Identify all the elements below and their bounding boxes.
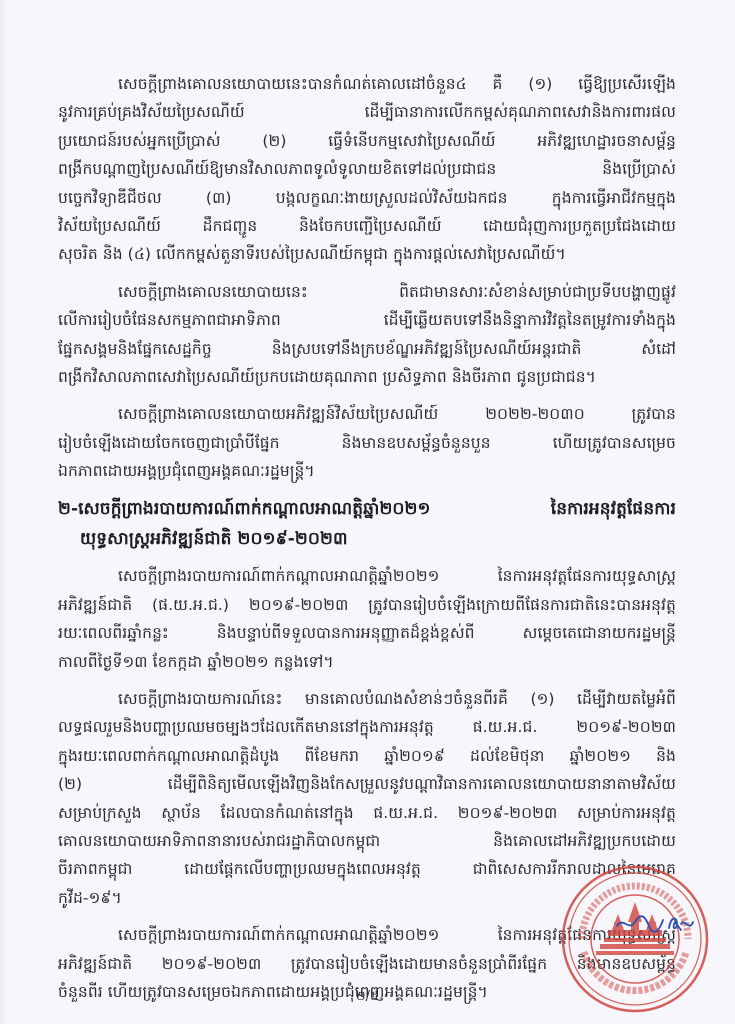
text-line: លទ្ធផលរួមនិងបញ្ហាប្រឈមចម្បងៗដែលកើតមាននៅក… bbox=[58, 713, 676, 741]
text-line: នូវការគ្រប់គ្រងវិស័យប្រៃសណីយ៍ ដើម្បីធានា… bbox=[58, 98, 676, 126]
text-line: ក្នុងរយៈពេលពាក់កណ្តាលអាណត្តិដំបូង ពីខែមក… bbox=[58, 742, 676, 770]
text-line: ឯកភាពដោយអង្គប្រជុំពេញអង្គគណៈរដ្ឋមន្ត្រី។ bbox=[58, 457, 676, 485]
text-line: ប្រយោជន៍របស់អ្នកប្រើប្រាស់ (២) ធ្វើទំនើប… bbox=[58, 127, 676, 155]
text-line: (២) ដើម្បីពិនិត្យមើលឡើងវិញនិងកែសម្រួលនូវ… bbox=[58, 770, 676, 798]
text-line: ពង្រីកវិសាលភាពសេវាប្រៃសណីយ៍ប្រកបដោយគុណភា… bbox=[58, 363, 676, 391]
heading-line: ២-សេចក្តីព្រាងរបាយការណ៍ពាក់កណ្តាលអាណត្តិ… bbox=[58, 494, 676, 524]
paragraph-policy-goals: សេចក្តីព្រាងគោលនយោបាយនេះបានកំណត់គោលដៅចំន… bbox=[58, 70, 676, 269]
page-number: ២/៥ bbox=[0, 988, 735, 1007]
text-line: រយៈពេលពីរឆ្នាំកន្លះ និងបន្ទាប់ពីទទួលបានក… bbox=[58, 619, 676, 647]
text-line: សេចក្តីព្រាងគោលនយោបាយនេះបានកំណត់គោលដៅចំន… bbox=[58, 70, 676, 98]
section-heading-2: ២-សេចក្តីព្រាងរបាយការណ៍ពាក់កណ្តាលអាណត្តិ… bbox=[58, 494, 676, 554]
text-line: លើការរៀបចំផែនសកម្មភាពជាអាទិភាព ដើម្បីឆ្ល… bbox=[58, 306, 676, 334]
text-line: សុចរិត និង (៤) លើកកម្ពស់តួនាទីរបស់ប្រៃសណ… bbox=[58, 240, 676, 268]
scan-edge bbox=[0, 0, 6, 1024]
text-line: សេចក្តីព្រាងគោលនយោបាយអភិវឌ្ឍន៍វិស័យប្រៃស… bbox=[58, 400, 676, 428]
text-line: សេចក្តីព្រាងគោលនយោបាយនេះ ពិតជាមានសារៈសំខ… bbox=[58, 278, 676, 306]
paragraph-report-intro: សេចក្តីព្រាងរបាយការណ៍ពាក់កណ្តាលអាណត្តិឆ្… bbox=[58, 562, 676, 676]
paragraph-policy-importance: សេចក្តីព្រាងគោលនយោបាយនេះ ពិតជាមានសារៈសំខ… bbox=[58, 278, 676, 392]
text-line: ផ្នែកសង្គមនិងផ្នែកសេដ្ឋកិច្ច និងស្របទៅនឹ… bbox=[58, 335, 676, 363]
text-line: ពង្រីកបណ្តាញប្រៃសណីយ៍ឱ្យមានវិសាលភាពទូលំទ… bbox=[58, 155, 676, 183]
text-line: កាលពីថ្ងៃទី១៣ ខែកក្កដា ឆ្នាំ២០២១ កន្លងទៅ… bbox=[58, 648, 676, 676]
paragraph-policy-structure: សេចក្តីព្រាងគោលនយោបាយអភិវឌ្ឍន៍វិស័យប្រៃស… bbox=[58, 400, 676, 485]
text-line: គោលនយោបាយអាទិភាពនានារបស់រាជរដ្ឋាភិបាលកម្… bbox=[58, 827, 676, 855]
text-line: សេចក្តីព្រាងរបាយការណ៍នេះ មានគោលបំណងសំខាន… bbox=[58, 685, 676, 713]
text-line: វិស័យប្រៃសណីយ៍ ដឹកជញ្ជូន និងចែកបញ្ជើប្រៃ… bbox=[58, 212, 676, 240]
heading-line: យុទ្ធសាស្ត្រអភិវឌ្ឍន៍ជាតិ ២០១៩-២០២៣ bbox=[58, 524, 676, 554]
text-line: បច្ចេកវិទ្យាឌីជីថល (៣) បង្កលក្ខណៈងាយស្រួ… bbox=[58, 184, 676, 212]
document-page: សេចក្តីព្រាងគោលនយោបាយនេះបានកំណត់គោលដៅចំន… bbox=[0, 0, 735, 1024]
text-line: រៀបចំឡើងដោយចែកចេញជាប្រាំបីផ្នែក និងមានឧប… bbox=[58, 429, 676, 457]
text-line: សេចក្តីព្រាងរបាយការណ៍ពាក់កណ្តាលអាណត្តិឆ្… bbox=[58, 562, 676, 590]
handwritten-signature-icon bbox=[615, 910, 695, 936]
text-line: សម្រាប់ក្រសួង ស្ថាប័ន ដែលបានកំណត់នៅក្នុង… bbox=[58, 799, 676, 827]
text-line: អភិវឌ្ឍន៍ជាតិ (ផ.យ.អ.ជ.) ២០១៩-២០២៣ ត្រូវ… bbox=[58, 591, 676, 619]
